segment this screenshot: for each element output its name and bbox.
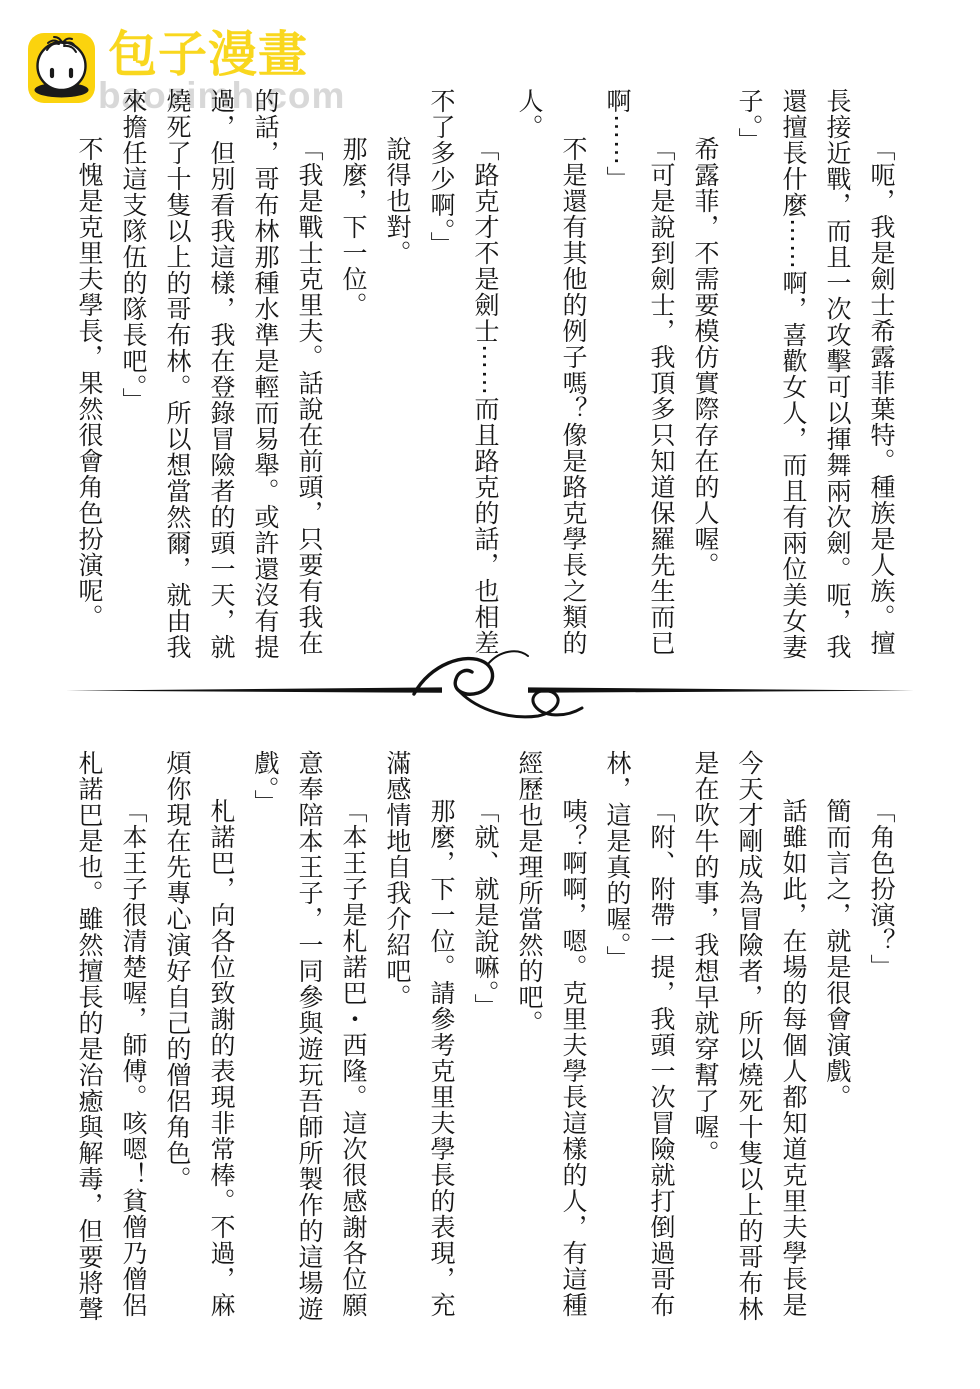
text-column: 燒死了十隻以上的哥布林。所以想當然爾，就由我 xyxy=(154,88,198,672)
text-column: 話雖如此，在場的每個人都知道克里夫學長是 xyxy=(770,750,814,1334)
text-column: 來擔任這支隊伍的隊長吧。」 xyxy=(110,88,154,672)
text-column: 不是還有其他的例子嗎？像是路克學長之類的 xyxy=(550,88,594,672)
text-column: 「本王子很清楚喔，師傅。咳嗯！貧僧乃僧侶 xyxy=(110,750,154,1334)
text-column: 「呃，我是劍士希露菲葉特。種族是人族。擅 xyxy=(858,88,902,672)
text-column: 「可是說到劍士，我頂多只知道保羅先生而已 xyxy=(638,88,682,672)
text-column: 「我是戰士克里夫。話說在前頭，只要有我在 xyxy=(286,88,330,672)
novel-page: { "page": { "background": "#ffffff", "te… xyxy=(0,0,980,1389)
text-column: 札諾巴是也。雖然擅長的是治癒與解毒，但要將聲 xyxy=(66,750,110,1334)
text-column: 「路克才不是劍士⋯⋯而且路克的話，也相差 xyxy=(462,88,506,672)
divider-right-rule xyxy=(528,687,914,692)
text-column: 還擅長什麼⋯⋯啊，喜歡女人，而且有兩位美女妻 xyxy=(770,88,814,672)
text-column: 「就、就是說嘛。」 xyxy=(462,750,506,1334)
vertical-text-top: 「呃，我是劍士希露菲葉特。種族是人族。擅長接近戰，而且一次攻擊可以揮舞兩次劍。呃… xyxy=(60,88,902,672)
text-column: 意奉陪本王子，一同參與遊玩吾師所製作的這場遊 xyxy=(286,750,330,1334)
text-column: 「附、附帶一提，我頭一次冒險就打倒過哥布 xyxy=(638,750,682,1334)
text-column: 那麼，下一位。請參考克里夫學長的表現，充 xyxy=(418,750,462,1334)
text-column: 今天才剛成為冒險者，所以燒死十隻以上的哥布林 xyxy=(726,750,770,1334)
text-column: 「角色扮演？」 xyxy=(858,750,902,1334)
text-column: 人。 xyxy=(506,88,550,672)
divider-left-rule xyxy=(66,687,442,692)
calligraphic-flourish-icon xyxy=(414,651,582,717)
text-column: 林，這是真的喔。」 xyxy=(594,750,638,1334)
vertical-text-bottom: 「角色扮演？」簡而言之，就是很會演戲。話雖如此，在場的每個人都知道克里夫學長是今… xyxy=(60,750,902,1334)
text-column: 簡而言之，就是很會演戲。 xyxy=(814,750,858,1334)
text-column: 戲。」 xyxy=(242,750,286,1334)
text-column: 希露菲，不需要模仿實際存在的人喔。 xyxy=(682,88,726,672)
text-column: 是在吹牛的事，我想早就穿幫了喔。 xyxy=(682,750,726,1334)
text-column: 過，但別看我這樣，我在登錄冒險者的頭一天，就 xyxy=(198,88,242,672)
section-divider-flourish xyxy=(60,648,920,740)
text-column: 說得也對。 xyxy=(374,88,418,672)
brand-title: 包子漫畫 xyxy=(108,28,308,82)
text-column: 不了多少啊。」 xyxy=(418,88,462,672)
text-column: 不愧是克里夫學長，果然很會角色扮演呢。 xyxy=(66,88,110,672)
text-column: 滿感情地自我介紹吧。 xyxy=(374,750,418,1334)
text-column: 長接近戰，而且一次攻擊可以揮舞兩次劍。呃，我 xyxy=(814,88,858,672)
text-column: 煩你現在先專心演好自己的僧侶角色。 xyxy=(154,750,198,1334)
text-column: 經歷也是理所當然的吧。 xyxy=(506,750,550,1334)
text-column: 咦？啊啊，嗯。克里夫學長這樣的人，有這種 xyxy=(550,750,594,1334)
text-column: 那麼，下一位。 xyxy=(330,88,374,672)
text-column: 子。」 xyxy=(726,88,770,672)
text-column: 「本王子是札諾巴・西隆。這次很感謝各位願 xyxy=(330,750,374,1334)
text-column: 的話，哥布林那種水準是輕而易舉。或許還沒有提 xyxy=(242,88,286,672)
text-column: 啊⋯⋯」 xyxy=(594,88,638,672)
text-column: 札諾巴，向各位致謝的表現非常棒。不過，麻 xyxy=(198,750,242,1334)
